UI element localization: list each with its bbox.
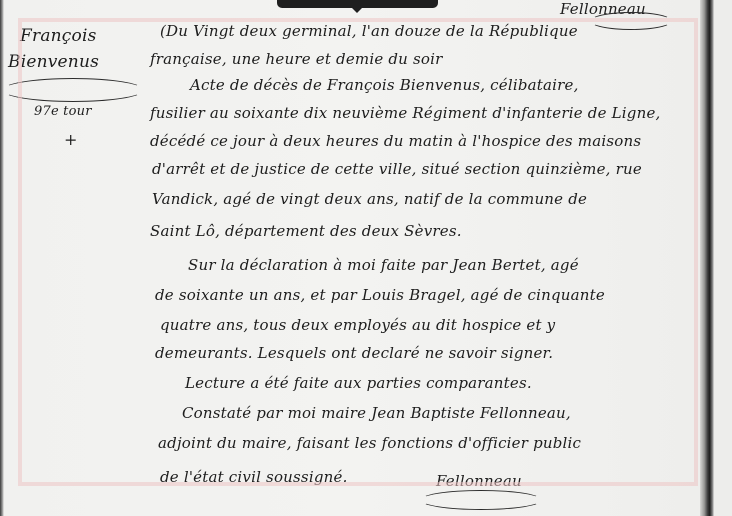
margin-note-first-name: François bbox=[20, 26, 97, 46]
viewer-background bbox=[714, 0, 732, 516]
record-line-13: Lecture a été faite aux parties comparan… bbox=[185, 374, 532, 392]
header-signature-flourish-icon bbox=[590, 12, 672, 30]
record-line-3: Acte de décès de François Bienvenus, cél… bbox=[190, 76, 579, 94]
record-line-11: quatre ans, tous deux employés au dit ho… bbox=[160, 316, 555, 334]
tooltip-arrow-icon bbox=[352, 8, 362, 13]
record-line-2: française, une heure et demie du soir bbox=[150, 50, 443, 68]
record-line-7: Vandick, agé de vingt deux ans, natif de… bbox=[152, 190, 587, 208]
page-binding-gutter bbox=[700, 0, 714, 516]
footer-signature: Fellonneau bbox=[436, 472, 522, 490]
record-line-10: de soixante un ans, et par Louis Bragel,… bbox=[155, 286, 605, 304]
footer-signature-flourish-icon bbox=[420, 490, 542, 510]
record-line-12: demeurants. Lesquels ont declaré ne savo… bbox=[155, 344, 553, 362]
record-line-14: Constaté par moi maire Jean Baptiste Fel… bbox=[182, 404, 571, 422]
record-line-6: d'arrêt et de justice de cette ville, si… bbox=[152, 160, 642, 178]
margin-flourish-icon bbox=[2, 78, 144, 102]
margin-note-surname: Bienvenus bbox=[8, 52, 99, 72]
viewer-tooltip bbox=[277, 0, 438, 8]
record-line-4: fusilier au soixante dix neuvième Régime… bbox=[150, 104, 661, 122]
record-line-1: (Du Vingt deux germinal, l'an douze de l… bbox=[160, 22, 578, 40]
record-line-16: de l'état civil soussigné. bbox=[160, 468, 348, 486]
margin-note-number: 97e tour bbox=[34, 104, 92, 119]
record-line-9: Sur la déclaration à moi faite par Jean … bbox=[188, 256, 579, 274]
record-line-8: Saint Lô, département des deux Sèvres. bbox=[150, 222, 462, 240]
margin-cross-mark: + bbox=[64, 130, 78, 149]
record-line-15: adjoint du maire, faisant les fonctions … bbox=[158, 434, 581, 452]
record-line-5: décédé ce jour à deux heures du matin à … bbox=[150, 132, 641, 150]
